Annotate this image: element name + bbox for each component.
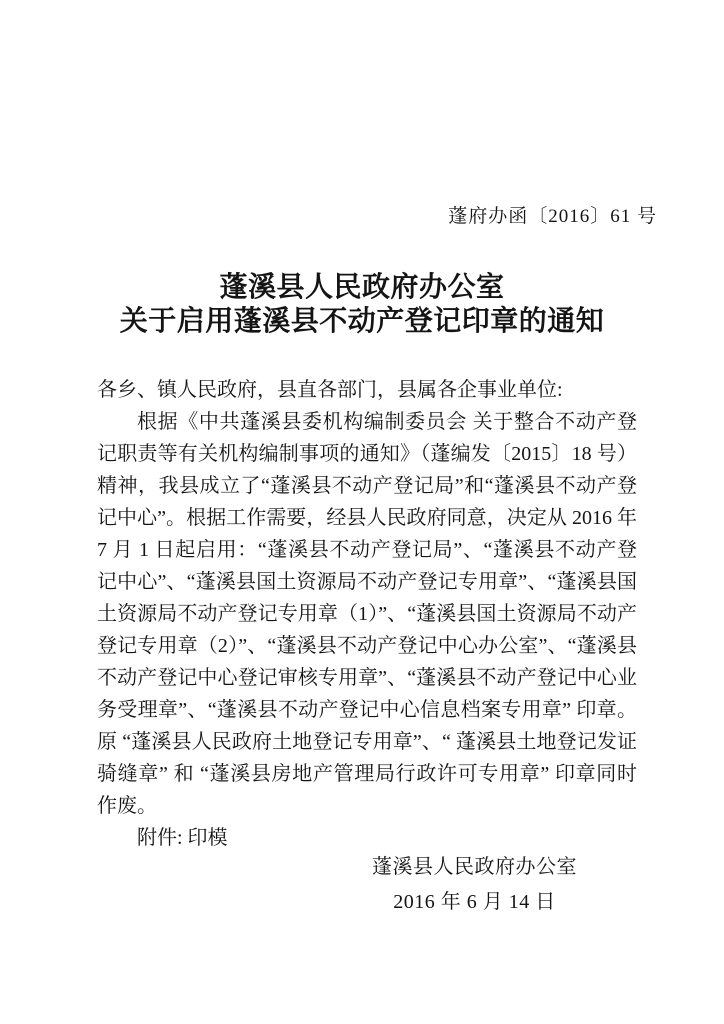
document-title: 蓬溪县人民政府办公室 关于启用蓬溪县不动产登记印章的通知 (0, 271, 724, 339)
document-body: 各乡、镇人民政府，县直各部门，县属各企事业单位: 根据《中共蓬溪县委机构编制委员… (97, 374, 637, 854)
signature-date: 2016 年 6 月 14 日 (372, 885, 577, 920)
salutation-line: 各乡、镇人民政府，县直各部门，县属各企事业单位: (97, 374, 637, 406)
document-page: 蓬府办函〔2016〕61 号 蓬溪县人民政府办公室 关于启用蓬溪县不动产登记印章… (0, 0, 724, 1024)
title-line-2: 关于启用蓬溪县不动产登记印章的通知 (0, 305, 724, 339)
signature-block: 蓬溪县人民政府办公室 2016 年 6 月 14 日 (372, 850, 577, 920)
title-line-1: 蓬溪县人民政府办公室 (0, 271, 724, 305)
document-number: 蓬府办函〔2016〕61 号 (448, 201, 657, 228)
body-paragraph: 根据《中共蓬溪县委机构编制委员会 关于整合不动产登记职责等有关机构编制事项的通知… (97, 406, 637, 822)
signer-name: 蓬溪县人民政府办公室 (372, 850, 577, 885)
